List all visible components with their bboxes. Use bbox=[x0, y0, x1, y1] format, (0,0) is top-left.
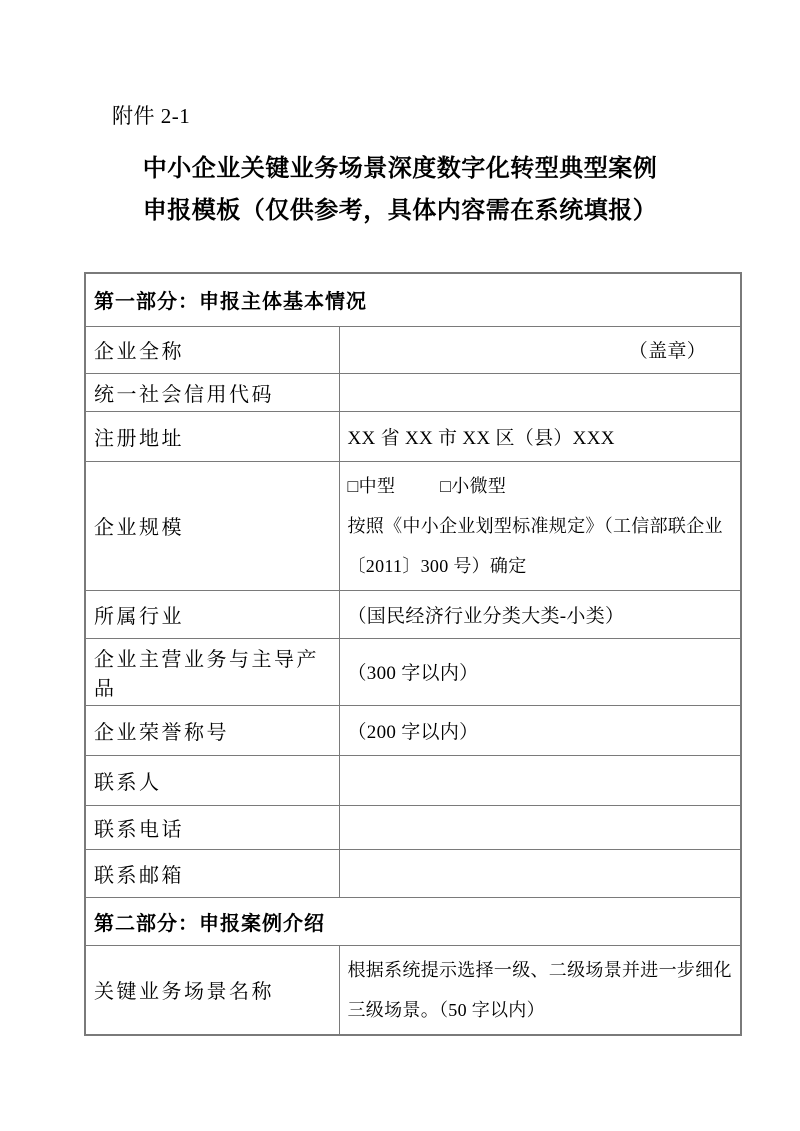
table-row-company-name: 企业全称 （盖章） bbox=[85, 326, 741, 373]
section-2-header-row: 第二部分：申报案例介绍 bbox=[85, 897, 741, 945]
checkbox-small-micro-enterprise: □小微型 bbox=[440, 476, 506, 496]
enterprise-size-note: 按照《中小企业划型标准规定》（工信部联企业〔2011〕300 号）确定 bbox=[348, 506, 733, 586]
label-industry: 所属行业 bbox=[85, 590, 339, 638]
value-credit-code bbox=[339, 373, 741, 411]
document-title: 中小企业关键业务场景深度数字化转型典型案例 申报模板（仅供参考，具体内容需在系统… bbox=[0, 148, 800, 232]
table-row-credit-code: 统一社会信用代码 bbox=[85, 373, 741, 411]
value-industry: （国民经济行业分类大类-小类） bbox=[339, 590, 741, 638]
label-company-name: 企业全称 bbox=[85, 326, 339, 373]
value-main-business: （300 字以内） bbox=[339, 638, 741, 705]
value-contact-person bbox=[339, 755, 741, 805]
label-enterprise-size: 企业规模 bbox=[85, 461, 339, 590]
label-contact-phone: 联系电话 bbox=[85, 805, 339, 849]
enterprise-size-options: □中型 □小微型 bbox=[348, 466, 733, 506]
label-credit-code: 统一社会信用代码 bbox=[85, 373, 339, 411]
label-main-business: 企业主营业务与主导产品 bbox=[85, 638, 339, 705]
table-row-registered-address: 注册地址 XX 省 XX 市 XX 区（县）XXX bbox=[85, 411, 741, 461]
value-company-name: （盖章） bbox=[339, 326, 741, 373]
table-row-enterprise-size: 企业规模 □中型 □小微型 按照《中小企业划型标准规定》（工信部联企业〔2011… bbox=[85, 461, 741, 590]
value-registered-address: XX 省 XX 市 XX 区（县）XXX bbox=[339, 411, 741, 461]
table-row-main-business: 企业主营业务与主导产品 （300 字以内） bbox=[85, 638, 741, 705]
title-line-1: 中小企业关键业务场景深度数字化转型典型案例 bbox=[0, 148, 800, 190]
section-1-header-row: 第一部分：申报主体基本情况 bbox=[85, 273, 741, 326]
value-honor-title: （200 字以内） bbox=[339, 705, 741, 755]
label-contact-email: 联系邮箱 bbox=[85, 849, 339, 897]
table-row-contact-email: 联系邮箱 bbox=[85, 849, 741, 897]
label-contact-person: 联系人 bbox=[85, 755, 339, 805]
value-contact-phone bbox=[339, 805, 741, 849]
label-scenario-name: 关键业务场景名称 bbox=[85, 945, 339, 1035]
label-honor-title: 企业荣誉称号 bbox=[85, 705, 339, 755]
section-1-header: 第一部分：申报主体基本情况 bbox=[85, 273, 741, 326]
value-contact-email bbox=[339, 849, 741, 897]
value-scenario-name: 根据系统提示选择一级、二级场景并进一步细化三级场景。（50 字以内） bbox=[339, 945, 741, 1035]
document-page: { "attachment_label": "附件 2-1", "title":… bbox=[0, 0, 800, 1131]
table-row-honor-title: 企业荣誉称号 （200 字以内） bbox=[85, 705, 741, 755]
table-row-contact-person: 联系人 bbox=[85, 755, 741, 805]
table-row-industry: 所属行业 （国民经济行业分类大类-小类） bbox=[85, 590, 741, 638]
attachment-label: 附件 2-1 bbox=[112, 100, 190, 130]
table-row-contact-phone: 联系电话 bbox=[85, 805, 741, 849]
checkbox-medium-enterprise: □中型 bbox=[348, 476, 396, 496]
value-enterprise-size: □中型 □小微型 按照《中小企业划型标准规定》（工信部联企业〔2011〕300 … bbox=[339, 461, 741, 590]
title-line-2: 申报模板（仅供参考，具体内容需在系统填报） bbox=[0, 190, 800, 232]
table-row-scenario-name: 关键业务场景名称 根据系统提示选择一级、二级场景并进一步细化三级场景。（50 字… bbox=[85, 945, 741, 1035]
section-2-header: 第二部分：申报案例介绍 bbox=[85, 897, 741, 945]
label-registered-address: 注册地址 bbox=[85, 411, 339, 461]
application-form-table: 第一部分：申报主体基本情况 企业全称 （盖章） 统一社会信用代码 注册地址 XX… bbox=[84, 272, 742, 1036]
